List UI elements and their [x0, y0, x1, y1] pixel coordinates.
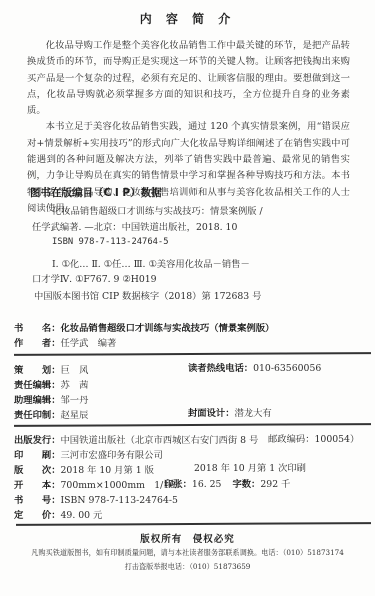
cover-design-label: 封面设计： — [188, 408, 235, 419]
words-label: 字数： — [232, 479, 260, 490]
price-row: 定 价：49. 00 元 — [14, 507, 102, 521]
cover-design: 潜龙大有 — [235, 408, 272, 419]
cip-author-line: 任学武编著. —北京：中国铁道出版社，2018. 10 — [32, 220, 332, 236]
isbn-row: 书 号：ISBN 978-7-113-24764-5 — [14, 492, 178, 506]
copyright-note: 凡购买铁道版图书，如有印制质量问题，请与本社读者服务部联系调换。电话：（010）… — [0, 548, 375, 558]
print-supervisor: 赵星辰 — [61, 410, 89, 421]
book-name-label: 书 名： — [14, 323, 61, 334]
print-supervisor-label: 责任印制： — [14, 410, 61, 421]
cip-heading: 图书在版编目（C I P）数据 — [30, 185, 162, 200]
cip-data: 化妆品销售超级口才训练与实战技巧：情景案例版 / 任学武编著. —北京：中国铁道… — [32, 204, 332, 288]
publisher: 中国铁道出版社（北京市西城区右安门西街 8 号 — [61, 435, 259, 446]
format: 700mm×1000mm 1/16 — [61, 480, 176, 491]
editor-label: 责任编辑： — [14, 380, 61, 391]
hotline-label: 读者热线电话： — [188, 363, 253, 374]
printer: 三河市宏盛印务有限公司 — [61, 450, 163, 461]
publisher-row: 出版发行：中国铁道出版社（北京市西城区右安门西街 8 号 — [14, 432, 258, 446]
editor: 苏 茜 — [61, 380, 89, 391]
impression-row: 2018 年 10 月第 1 次印刷 — [194, 460, 306, 474]
cip-classification-line-1: Ⅰ. ①化… Ⅱ. ①任… Ⅲ. ①美容用化妆品－销售－ — [32, 257, 332, 273]
piracy-hotline: 打击盗版举报电话：（010）51873659 — [0, 562, 375, 572]
author-row: 作 者：任学武 编著 — [14, 335, 116, 349]
book-name-row: 书 名：化妆品销售超级口才训练与实战技巧（情景案例版） — [14, 320, 274, 334]
publisher-label: 出版发行： — [14, 435, 61, 446]
hotline-row: 读者热线电话：010-63560056 — [188, 360, 321, 374]
postcode: 邮政编码：100054） — [268, 434, 359, 445]
copyright-title: 版权所有 侵权必究 — [0, 531, 375, 545]
planner: 巨 风 — [61, 365, 89, 376]
cip-isbn: ISBN 978-7-113-24764-5 — [32, 235, 332, 251]
intro-title: 内 容 简 介 — [0, 10, 375, 27]
format-label: 开 本： — [14, 480, 61, 491]
cip-title-line: 化妆品销售超级口才训练与实战技巧：情景案例版 / — [32, 204, 332, 220]
editor-row: 责任编辑：苏 茜 — [14, 377, 88, 391]
sheets-label: 印张： — [164, 479, 192, 490]
divider-2 — [14, 423, 371, 426]
planner-label: 策 划： — [14, 365, 61, 376]
assistant-editor-label: 助理编辑： — [14, 395, 61, 406]
isbn: ISBN 978-7-113-24764-5 — [61, 495, 178, 506]
intro-paragraph-1: 化妆品导购工作是整个美容化妆品销售工作中最关键的环节，是把产品转换成货币的环节，… — [27, 38, 350, 119]
divider-1 — [14, 352, 371, 355]
hotline: 010-63560056 — [253, 363, 321, 374]
print-supervisor-row: 责任印制：赵星辰 — [14, 407, 88, 421]
author: 任学武 编著 — [61, 338, 117, 349]
price-label: 定 价： — [14, 510, 61, 521]
sheets: 16. 25 — [192, 479, 222, 490]
book-name: 化妆品销售超级口才训练与实战技巧（情景案例版） — [61, 323, 275, 334]
format-row: 开 本：700mm×1000mm 1/16 — [14, 477, 175, 491]
divider-3 — [16, 522, 371, 525]
intro-paragraph-2: 本书立足于美容化妆品销售实践，通过 120 个真实情景案例，用“错误应对+情景解… — [27, 119, 350, 217]
planner-row: 策 划：巨 风 — [14, 362, 88, 376]
assistant-editor: 邹一丹 — [61, 395, 89, 406]
printer-label: 印 刷： — [14, 450, 61, 461]
price: 49. 00 元 — [61, 510, 103, 521]
sheets-words-row: 印张：16. 25 字数：292 千 — [164, 476, 290, 490]
postcode-row: 邮政编码：100054） — [268, 431, 359, 445]
cip-record-number: 中国版本图书馆 CIP 数据核字（2018）第 172683 号 — [34, 288, 261, 302]
edition-row: 版 次：2018 年 10 月第 1 版 — [14, 462, 154, 476]
isbn-label: 书 号： — [14, 495, 61, 506]
cover-design-row: 封面设计：潜龙大有 — [188, 405, 272, 419]
impression: 2018 年 10 月第 1 次印刷 — [194, 463, 306, 474]
cip-classification-line-2: 口才学Ⅳ. ①F767. 9 ②H019 — [32, 272, 332, 288]
edition: 2018 年 10 月第 1 版 — [61, 465, 154, 476]
copyright-page: 内 容 简 介 化妆品导购工作是整个美容化妆品销售工作中最关键的环节，是把产品转… — [0, 0, 375, 596]
assistant-editor-row: 助理编辑：邹一丹 — [14, 392, 88, 406]
author-label: 作 者： — [14, 338, 61, 349]
edition-label: 版 次： — [14, 465, 61, 476]
words: 292 千 — [260, 479, 290, 490]
printer-row: 印 刷：三河市宏盛印务有限公司 — [14, 447, 163, 461]
